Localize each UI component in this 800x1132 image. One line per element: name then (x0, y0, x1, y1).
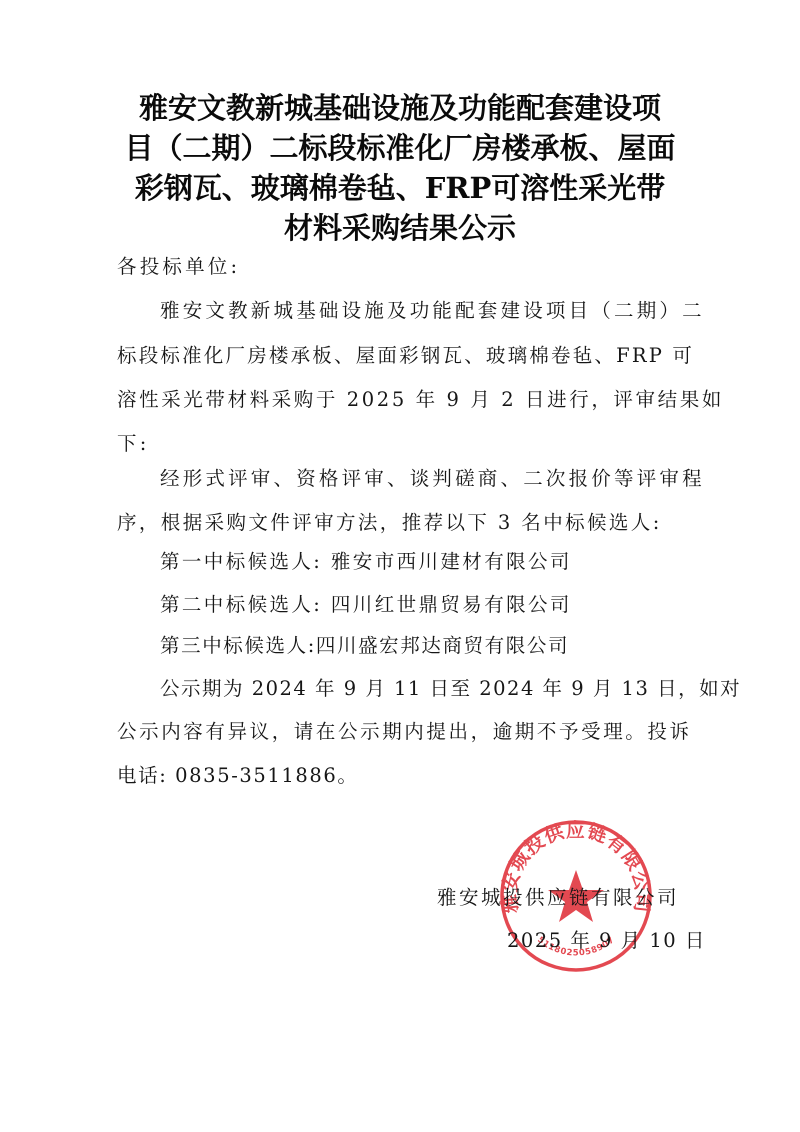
candidate-rank-label: 第二中标候选人: (160, 593, 322, 616)
paragraph3-line-3: 电话: 0835-3511886。 (117, 760, 359, 788)
signature-date: 2025 年 9 月 10 日 (507, 925, 706, 953)
paragraph1-line-2: 标段标准化厂房楼承板、屋面彩钢瓦、玻璃棉卷毡、FRP 可 (117, 340, 694, 368)
paragraph2-line-1: 经形式评审、资格评审、谈判磋商、二次报价等评审程 (160, 463, 705, 491)
candidate-company: 四川红世鼎贸易有限公司 (331, 593, 572, 616)
candidate-2: 第二中标候选人: 四川红世鼎贸易有限公司 (160, 589, 572, 617)
candidate-3: 第三中标候选人:四川盛宏邦达商贸有限公司 (160, 630, 569, 658)
paragraph3-line-2: 公示内容有异议，请在公示期内提出，逾期不予受理。投诉 (117, 716, 692, 744)
paragraph1-line-4: 下: (117, 428, 149, 456)
page-title: 雅安文教新城基础设施及功能配套建设项 目（二期）二标段标准化厂房楼承板、屋面 彩… (110, 88, 690, 248)
paragraph2-line-2: 序，根据采购文件评审方法，推荐以下 3 名中标候选人: (117, 507, 662, 535)
candidate-rank-label: 第一中标候选人: (160, 550, 322, 573)
paragraph1-line-1: 雅安文教新城基础设施及功能配套建设项目（二期）二 (160, 295, 705, 323)
salutation: 各投标单位: (117, 251, 240, 279)
title-line-4: 材料采购结果公示 (110, 208, 690, 248)
candidate-company: 雅安市西川建材有限公司 (331, 550, 572, 573)
title-line-1: 雅安文教新城基础设施及功能配套建设项 (110, 88, 690, 128)
candidate-rank-label: 第三中标候选人: (160, 634, 316, 657)
candidate-company: 四川盛宏邦达商贸有限公司 (316, 634, 569, 657)
paragraph3-line-1: 公示期为 2024 年 9 月 11 日至 2024 年 9 月 13 日，如对 (160, 673, 741, 701)
title-line-2: 目（二期）二标段标准化厂房楼承板、屋面 (110, 128, 690, 168)
signature-organization: 雅安城投供应链有限公司 (437, 882, 679, 910)
paragraph1-line-3: 溶性采光带材料采购于 2025 年 9 月 2 日进行，评审结果如 (117, 384, 724, 412)
title-line-3: 彩钢瓦、玻璃棉卷毡、FRP可溶性采光带 (110, 168, 690, 208)
candidate-1: 第一中标候选人: 雅安市西川建材有限公司 (160, 546, 572, 574)
